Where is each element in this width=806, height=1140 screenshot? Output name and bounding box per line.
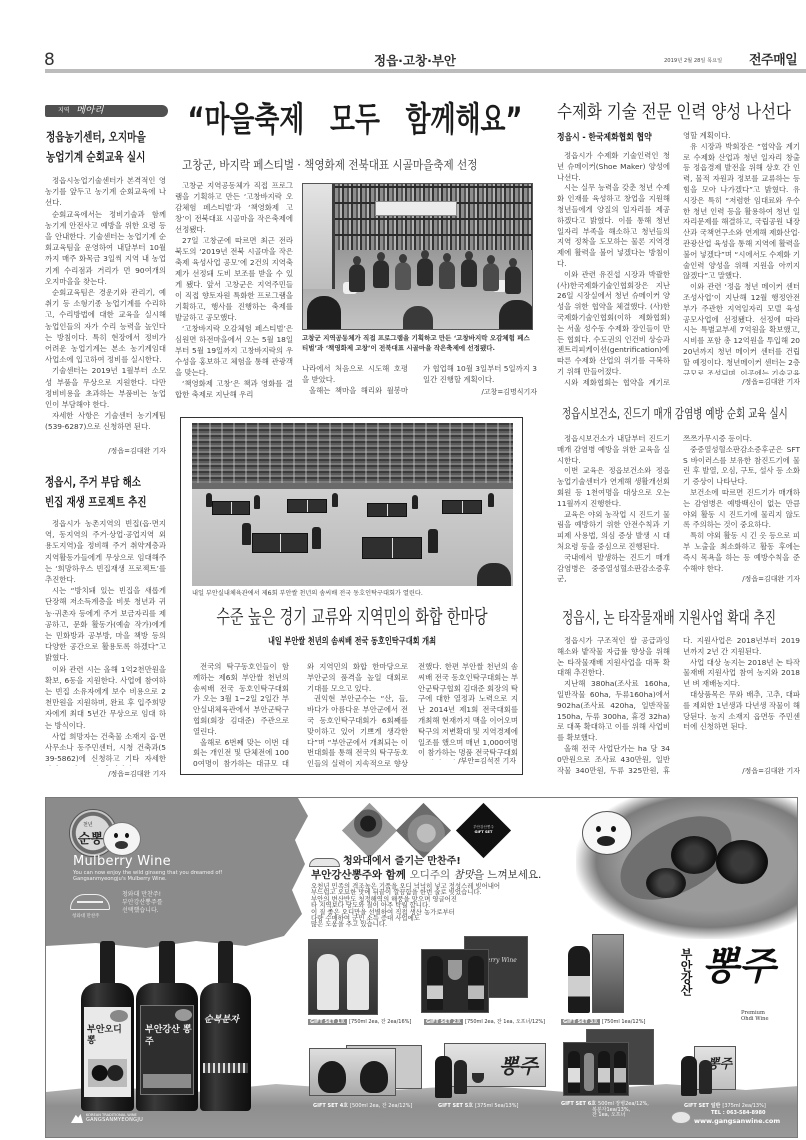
paragraph: 고창군 지역공동체가 직접 프로그램을 기획하고 만든 ‘고창바지락 오감체험 …	[175, 180, 293, 235]
gift-number: 2호	[453, 1019, 461, 1025]
player	[254, 495, 260, 509]
byline: /정읍=김대완 기자	[742, 377, 800, 387]
gift-set-general-bottle	[681, 1056, 697, 1096]
article-body-col1: 정읍시보건소가 내달부터 진드기 매개 감염병 예방을 위한 교육을 실시한다.…	[557, 434, 670, 586]
brand-sub-line: Ohdi Wine	[741, 1016, 769, 1022]
gift-number: 1호	[337, 1019, 345, 1025]
paragraph: 정읍시가 수제화 기술인력인 청년 슈메이커(Shoe Maker) 양성에 나…	[557, 151, 670, 183]
paragraph: 영할 계획이다.	[683, 131, 800, 142]
player	[428, 529, 438, 553]
paragraph: 보건소에 따르면 진드기가 매개하는 감염병은 예방백신이 없는 만큼 야외 활…	[683, 488, 800, 531]
article-body-col1: 정읍시가 수제화 기술인력인 청년 슈메이커(Shoe Maker) 양성에 나…	[557, 151, 670, 389]
label-badge	[175, 1009, 192, 1021]
mulberry-berry	[671, 836, 717, 874]
player	[242, 523, 251, 545]
paragraph: 중증열성혈소판감소증후군은 SFTS 바이러스를 보유한 참진드기에 물린 후 …	[683, 445, 800, 488]
gift-spec: [375ml 2ea/13%]	[722, 1103, 765, 1109]
photo-barrier	[192, 483, 513, 489]
festival-photo	[302, 183, 533, 330]
byline: /부안=김석진 기자	[458, 756, 516, 766]
gift-set-1-label: GIFT SET 1호[750ml 2ea, 잔 2ea/16%]	[308, 1019, 411, 1025]
mascot-eye	[596, 826, 601, 832]
emblem-text-line: 부안강산뽕주를	[122, 899, 163, 906]
player	[488, 493, 494, 507]
article-body: 정읍시가 농촌지역의 빈집(읍·면지역, 동지역의 주거·상업·공업지역 외 용…	[45, 518, 166, 766]
headline: 수제화 기술 전문 인력 양성 나선다	[557, 102, 806, 124]
corkscrew	[584, 1053, 594, 1091]
badge-line: GIFT SET	[475, 830, 493, 834]
headline2-part: 오디주의	[410, 869, 454, 881]
paragraph: 교육은 야외 농작업 시 진드기 물림을 예방하기 위한 안전수칙과 기피제 사…	[557, 510, 670, 553]
gift-tag: GIFT SET 1호	[308, 1019, 347, 1025]
foreground-person	[307, 296, 341, 330]
paragraph: 시는 “방치돼 있는 빈집을 새롭게 단장해 저소득계층을 비롯 청년과 귀농·…	[45, 585, 166, 663]
badge-line: 부안강산뽕주	[473, 825, 494, 829]
gift-tag: GIFT SET 일반	[684, 1103, 720, 1109]
paragraph: 순회교육에서는 정비기술과 함께 농기계 안전사고 예방을 위한 요령 등을 안…	[45, 209, 166, 287]
paragraph: 시와 제화협회는 협약을 계기로 청년 슈메이커 양성에 나선다. 특히 4월부…	[557, 378, 670, 389]
paragraph: 다. 지원사업은 2018년부터 2019년까지 2년 간 지원된다.	[683, 636, 800, 658]
person-silhouette	[349, 264, 365, 292]
pingpong-table	[252, 533, 308, 553]
paragraph: 전했다. 한편 부안쌀 천년의 솜씨배 전국 동호인탁구대회는 부안군탁구협회 …	[418, 662, 518, 760]
gift-bottle	[598, 1051, 610, 1093]
gift-bottle	[317, 954, 339, 1010]
paragraph: 사업 희망자는 건축물 소재지 읍·면사무소나 동주민센터, 시청 건축과(53…	[45, 731, 166, 766]
gift-spec: [750ml 2ea, 잔 1ea, 오프너/12%]	[465, 1019, 545, 1025]
gift-bottle	[347, 954, 369, 1010]
emblem-text-line: 청와대 만찬주!	[122, 891, 161, 898]
mascot-eye	[611, 826, 616, 832]
gift-set-4-label: GIFT SET 4호[500ml 2ea, 잔 2ea/12%]	[313, 1103, 412, 1109]
footer-brand-line: GANGSANMYEONGJU	[86, 1117, 143, 1123]
person-silhouette	[395, 262, 411, 290]
newspaper-page: { "header": { "page_number": "8", "secti…	[0, 0, 806, 1140]
issue-date: 2019년 2월 28일 목요일	[664, 58, 722, 65]
box-brand-text: 뽕주	[499, 1050, 538, 1079]
column-label-bar: ˚ 지역 메아리	[45, 105, 168, 117]
label-small: 지역	[58, 107, 70, 115]
photo-crowd	[192, 423, 513, 485]
ad-body-copy: 오천년 민족의 격조높은 기품을 오디 넉넉히 넣고 정성스레 빚어내어 부드럽…	[311, 883, 500, 928]
emblem-side-text: 청와대 만찬주! 부안강산뽕주를 선택했습니다.	[122, 891, 163, 915]
bottle-label: 부안강산 뽕주	[140, 1005, 194, 1095]
logo-main-text: 순뽕	[78, 828, 103, 847]
gift-tag-text: GIFT SET	[438, 1103, 463, 1109]
paragraph: 전국의 탁구동호인들이 함께하는 제6회 부안쌀 천년의 솜씨배 전국 동호인탁…	[193, 662, 289, 738]
gift-set-general-bottle	[699, 1060, 712, 1094]
company-logo-icon	[671, 1111, 691, 1124]
footer-brand-text: KOREAN TRADITIONAL WINE GANGSANMYEONGJU	[86, 1113, 143, 1122]
byline: /고창=김명식기자	[481, 387, 537, 397]
mulberry-berry	[716, 840, 768, 884]
pingpong-table	[362, 537, 422, 559]
label-marker: ˚	[49, 103, 54, 113]
label-stripe	[143, 1074, 191, 1088]
gift-tag-text: GIFT SET	[313, 1103, 338, 1109]
photo-shelf-lines	[333, 184, 533, 250]
blue-house-emblem-icon	[70, 894, 110, 910]
paragraph: 정읍시가 농촌지역의 빈집(읍·면지역, 동지역의 주거·상업·공업지역 외 용…	[45, 518, 166, 585]
mascot-nose	[115, 841, 128, 849]
pingpong-table	[212, 501, 250, 515]
article-body-col2: 나라에서 처음으로 시도해 호평을 받았다. 올해는 책마을 해리와 월봉마을회	[302, 363, 408, 397]
paragraph: 정읍시보건소가 내달부터 진드기 매개 감염병 예방을 위한 교육을 실시한다.	[557, 434, 670, 466]
bottle-label: 부안오디뽕	[84, 1007, 131, 1097]
gift-set-general-label: GIFT SET 일반[375ml 2ea/13%]	[684, 1103, 766, 1109]
paragraph: 가 협업해 10월 3일부터 5일까지 3일간 진행할 계획이다.	[423, 363, 537, 385]
gift-set-5-bottle	[435, 1056, 452, 1098]
pingpong-table	[367, 503, 407, 517]
gift-number: 일반	[711, 1103, 721, 1109]
bottle-buan-gangsan: 부안강산 뽕주	[136, 983, 198, 1111]
gift-set-2-image	[421, 949, 489, 1013]
brand-sub-text: Premium Ohdi Wine	[741, 1010, 769, 1022]
gift-set-4-image	[309, 1048, 396, 1096]
gift-spec: [750ml 2ea, 잔 2ea/16%]	[349, 1019, 411, 1025]
gift-jar	[360, 1061, 388, 1093]
mascot-eye	[125, 833, 129, 838]
label-landscape	[203, 1063, 248, 1073]
tagline-line: You can now enjoy the wild ginseng that …	[73, 870, 222, 876]
gift-bottle	[468, 956, 484, 1010]
person-silhouette	[417, 258, 433, 286]
paragraph: 올해는 책마을 해리와 월봉마을회	[302, 385, 408, 397]
gift-tag: GIFT SET 3호	[561, 1019, 600, 1025]
person-silhouette	[439, 261, 455, 289]
foreground-spectator	[477, 563, 511, 586]
person-silhouette	[505, 266, 521, 294]
bottle-label-text: 순복분자	[204, 1015, 248, 1026]
headline-line: 빈집 재생 프로젝트 추진	[45, 493, 146, 513]
pingpong-table	[442, 500, 482, 514]
headline-text: 정읍시, 논 타작물재배 지원사업 확대 추진	[562, 608, 776, 628]
article-body-col1: 고창군 지역공동체가 직접 프로그램을 기획하고 만든 ‘고창바지락 오감체험 …	[175, 180, 293, 402]
gift-spec: [750ml 1ea/12%]	[602, 1019, 645, 1025]
gift-number: 5호	[465, 1103, 473, 1109]
bottle-label-text: 부안강산 뽕주	[145, 1024, 193, 1048]
photo-window	[303, 184, 335, 289]
bottle-bokbunja: 순복분자	[200, 983, 251, 1111]
gift-set-3-label: GIFT SET 3호[750ml 1ea/12%]	[561, 1019, 645, 1025]
left-column: ˚ 지역 메아리 정읍농기센터, 오지마을 농업기계 순회교육 실시 정읍시농업…	[45, 100, 168, 782]
right-column: 수제화 기술 전문 인력 양성 나선다 정읍시 - 한국제화협회 협약 정읍시가…	[555, 95, 806, 780]
paragraph: 나라에서 처음으로 시도해 호평을 받았다.	[302, 363, 408, 385]
headline2-part: 부안강산뽕주와 함께	[311, 869, 410, 881]
mascot-icon	[103, 822, 141, 856]
bottle-neck	[100, 941, 115, 987]
mascot-icon	[582, 811, 632, 855]
pingpong-photo	[192, 423, 513, 586]
gift-set-3-bag	[592, 934, 624, 1013]
byline: /정읍=김대완 기자	[742, 574, 800, 584]
gift-spec: [375ml 5ea/13%]	[475, 1103, 518, 1109]
subheadline: 정읍시 - 한국제화협회 협약	[557, 133, 666, 143]
article-pingpong: 내일 부안실내체육관에서 제6회 부안쌀 천년의 솜씨배 전국 동호인탁구대회가…	[180, 417, 523, 775]
person-silhouette	[461, 259, 477, 287]
bottle-buan-odi: 부안오디뽕	[81, 983, 134, 1111]
ad-tagline: You can now enjoy the wild ginseng that …	[73, 870, 222, 882]
gift-tag-text: GIFT SET	[426, 1019, 451, 1025]
mulberry-berry	[646, 868, 686, 898]
gift-bottle	[568, 1051, 580, 1093]
article-body-col1: 전국의 탁구동호인들이 함께하는 제6회 부안쌀 천년의 솜씨배 전국 동호인탁…	[193, 662, 289, 770]
gift-tag: GIFT SET 4호	[313, 1103, 348, 1109]
player	[206, 493, 212, 507]
paragraph: 정읍시농업기술센터가 본격적인 영농기를 앞두고 농기계 순회교육에 나선다.	[45, 175, 166, 209]
byline: /정읍=김대완 기자	[108, 769, 166, 779]
gift-set-5-bottle	[454, 1060, 467, 1094]
header-rule	[45, 69, 806, 73]
foreground-person	[403, 306, 433, 330]
photo-banner	[375, 201, 457, 216]
ad-title: Mulberry Wine	[73, 855, 171, 869]
paragraph: 자세한 사항은 기술센터 농기계팀(539-6287)으로 신청하면 된다.	[45, 410, 166, 432]
subheadline: 고창군, 바지락 페스티벌 · 책영화제 전북대표 시골마을축제 선정	[182, 158, 518, 173]
headline2-part: 을 느껴보세요.	[474, 869, 542, 881]
headline: 수준 높은 경기 교류와 지역민의 화합 한마당	[216, 604, 487, 630]
paragraph: 이와 관련 시는 올해 1억2천만원을 확보, 6동을 지원한다. 사업에 참여…	[45, 664, 166, 731]
subheadline: 내일 부안쌀 천년의 솜씨배 전국 동호인탁구대회 개최	[267, 636, 435, 648]
page-header: 8 정읍·고창·부안 2019년 2월 28일 목요일 전주매일	[0, 48, 806, 74]
bottle-neck	[159, 941, 175, 987]
paragraph: 와 지역민의 화합 한마당으로 부안군의 품격을 높일 대회로 기대를 모으고 …	[307, 662, 408, 694]
player	[332, 493, 338, 507]
brand-vertical-text: 부안강산	[679, 948, 693, 996]
body-line: 많은 도움을 주고 있습니다.	[311, 920, 387, 928]
gift-number: 4호	[340, 1103, 348, 1109]
paragraph: 쯔쯔가무시증 등이다.	[683, 434, 800, 445]
subheadline-text: 정읍시 - 한국제화협회 협약	[557, 133, 652, 143]
article-body: 정읍시농업기술센터가 본격적인 영농기를 앞두고 농기계 순회교육에 나선다. …	[45, 175, 166, 445]
byline: /정읍=김대완 기자	[742, 766, 800, 776]
gift-number: 3호	[590, 1019, 598, 1025]
article-body-col2: 다. 지원사업은 2018년부터 2019년까지 2년 간 지원된다. 사업 대…	[683, 636, 800, 762]
paragraph: 올해 전국 사업단가는 ha 당 340만원으로 조사료 430만원, 일반작물…	[557, 744, 670, 776]
gift-set-5-label: GIFT SET 5호[375ml 5ea/13%]	[438, 1103, 518, 1109]
gift-set-2-label: GIFT SET 2호[750ml 2ea, 잔 1ea, 오프너/12%]	[424, 1019, 545, 1025]
player	[312, 527, 321, 549]
ad-headline-1: 청와대에서 즐기는 만찬주!	[343, 856, 461, 868]
contact-url: www.gangsanwine.com	[694, 1117, 780, 1125]
pingpong-table	[287, 499, 327, 513]
headline-line: 정읍시, 주거 부담 해소	[45, 473, 141, 493]
feature-article-gochang: “마을축제 모두 함께해요” 고창군, 바지락 페스티벌 · 책영화제 전북대표…	[172, 95, 537, 400]
gift-bottle	[427, 956, 443, 1010]
subheadline-text: 고창군, 바지락 페스티벌 · 책영화제 전북대표 시골마을축제 선정	[182, 158, 477, 173]
headline: 정읍농기센터, 오지마을 농업기계 순회교육 실시	[46, 128, 171, 167]
paragraph: 27일 고창군에 따르면 최근 전라북도의 ‘2019년 전북 시골마을 작은축…	[175, 235, 293, 323]
section-title: 정읍·고창·부안	[360, 54, 470, 68]
mascot-eye	[114, 833, 118, 838]
article-body-col2: 영할 계획이다. 유 시장과 박회장은 “협약을 계기로 수제화 산업과 청년 …	[683, 131, 800, 375]
logo-small-text: 천년	[83, 821, 93, 828]
gift-set-6-label: GIFT SET 6호500ml 장병2ea/12%, 복분자1ea/13%, …	[561, 1102, 649, 1119]
label-berries	[88, 1059, 127, 1087]
gift-tag: GIFT SET 2호	[424, 1019, 463, 1025]
paragraph: ‘고창바지락 오감체험 페스티벌’은 심원면 하전마을에서 오는 5월 18일부…	[175, 323, 293, 378]
gift-set-1-image	[308, 939, 378, 1015]
paragraph: 올해로 6번째 맞는 이번 대회는 개인전 및 단체전에 1000여명이 참가하…	[193, 738, 289, 770]
paragraph: 이번 교육은 정읍보건소와 정읍농업기술센터가 연계해 생활개선회 회원 등 1…	[557, 466, 670, 509]
emblem-label: 청와대 만찬주	[72, 913, 100, 919]
headline-line: 농업기계 순회교육 실시	[46, 148, 145, 168]
foreground-person	[499, 300, 533, 330]
label-badge	[110, 1010, 128, 1022]
bottle-label-text: 부안오디뽕	[87, 1025, 129, 1047]
emblem-text-line: 선택했습니다.	[122, 907, 159, 914]
gift-spec-line: 잔 1ea, 오프너	[561, 1112, 625, 1118]
paragraph: 국내에서 발생하는 진드기 매개 감염병은 중증열성혈소판감소증후군,	[557, 553, 670, 585]
headline2-part: 참맛	[454, 869, 474, 881]
gift-set-badge-text: 부안강산뽕주 GIFT SET	[463, 825, 504, 835]
article-body-col3: 전했다. 한편 부안쌀 천년의 솜씨배 전국 동호인탁구대회는 부안군탁구협회 …	[418, 662, 518, 760]
tagline-line: Gangsanmyeongju's Mulberry Wine.	[73, 876, 167, 882]
player	[412, 495, 418, 509]
label-title: 메아리	[76, 105, 104, 117]
headline: 정읍시, 주거 부담 해소 빈집 재생 프로젝트 추진	[45, 473, 173, 512]
paragraph: 순회교육팀은 경운기와 관리기, 예취기 등 소형기종 농업기계를 수리하고, …	[45, 287, 166, 365]
gift-spec: [500ml 2ea, 잔 2ea/12%]	[350, 1103, 412, 1109]
person-silhouette	[483, 263, 499, 291]
mulberry-diamond-photo	[342, 803, 397, 858]
paragraph: 특히 야외 활동 시 긴 옷 등으로 피부 노출을 최소화하고 활동 후에는 즉…	[683, 531, 800, 572]
headline-line: 정읍농기센터, 오지마을	[46, 128, 146, 148]
article-body-col2: 쯔쯔가무시증 등이다. 중증열성혈소판감소증후군은 SFTS 바이러스를 보유한…	[683, 434, 800, 572]
gift-set-6-image	[563, 1042, 629, 1096]
gift-tag-text: GIFT SET	[563, 1019, 588, 1025]
headline-text: 수제화 기술 전문 인력 양성 나선다	[557, 102, 791, 124]
paragraph: 사업 대상 농지는 2018년 논 타작물재배 지원사업 참여 농지와 2018…	[683, 658, 800, 690]
article-body-col3: 가 협업해 10월 3일부터 5일까지 3일간 진행할 계획이다.	[423, 363, 537, 387]
paragraph: 시는 실무 능력을 갖춘 청년 수제화 인재를 육성하고 창업을 지원해 청년들…	[557, 183, 670, 269]
article-body-col1: 정읍시가 구조적인 쌀 공급과잉 해소와 밭작물 자급률 향상을 위해 논 타작…	[557, 636, 670, 776]
brand-main-text: 뽕주	[702, 944, 775, 988]
photo-caption: 고창군 지역공동체가 직접 프로그램을 기획하고 만든 ‘고창바지락 오감체험 …	[302, 334, 535, 354]
paragraph: ‘책영화제 고창’은 책과 영화를 결합한 축제로 지난해 우리	[175, 378, 293, 400]
gift-tag-text: GIFT SET	[310, 1019, 335, 1025]
bottle-neck	[218, 941, 233, 987]
gift-bottle	[614, 1051, 626, 1093]
paragraph: 유 시장과 박회장은 “협약을 계기로 수제화 산업과 청년 일자리 창출 등 …	[683, 142, 800, 282]
blue-house-emblem-small-icon	[309, 858, 340, 867]
leaf-diamond-photo	[396, 803, 451, 858]
paragraph: 기술센터는 2019년 1월부터 소모성 부품을 무상으로 지원한다. 다만 정…	[45, 365, 166, 410]
article-body-col2: 와 지역민의 화합 한마당으로 부안군의 품격을 높일 대회로 기대를 모으고 …	[307, 662, 408, 770]
byline: /정읍=김대완 기자	[108, 446, 166, 456]
em-roof	[77, 901, 103, 903]
contact-tel: TEL : 063-584-8980	[711, 1110, 765, 1116]
wine-glass	[448, 960, 462, 980]
mulberry-wine-advertisement: 천년 순뽕 Mulberry Wine You can now enjoy th…	[45, 797, 798, 1138]
person-silhouette	[373, 260, 389, 288]
gift-jar	[318, 1061, 346, 1093]
newspaper-name: 전주매일	[749, 53, 797, 68]
paragraph: 권익현 부안군수는 “산, 들, 바다가 아름다운 부안군에서 전국 동호인탁구…	[307, 694, 408, 770]
main-headline: “마을축제 모두 함께해요”	[187, 100, 522, 140]
mascot-nose	[597, 836, 615, 846]
gift-tag-text: GIFT SET	[684, 1103, 709, 1109]
paragraph: 정읍시가 구조적인 쌀 공급과잉 해소와 밭작물 자급률 향상을 위해 논 타작…	[557, 636, 670, 679]
ad-headline-2: 부안강산뽕주와 함께 오디주의 참맛을 느껴보세요.	[311, 869, 541, 881]
paragraph: 이와 관련 유진섭 시장과 박괄한 (사)한국제화기술인협회장은 지난 26일 …	[557, 270, 670, 378]
headline: 정읍시보건소, 진드기 매개 감염병 예방 순회 교육 실시	[562, 406, 806, 424]
photo-caption: 내일 부안실내체육관에서 제6회 부안쌀 천년의 솜씨배 전국 동호인탁구대회가…	[192, 589, 513, 599]
paragraph: 이와 관련 ‘정읍 청년 메이커 센터 조성사업’이 지난해 12월 행정안전부…	[683, 282, 800, 375]
headline: 정읍시, 논 타작물재배 지원사업 확대 추진	[562, 608, 806, 628]
gift-set-3-bottle	[568, 946, 590, 1013]
paragraph: 대상품목은 무와 배추, 고추, 대파를 제외한 1년생과 다년생 작물이 해당…	[683, 690, 800, 733]
headline-text: 정읍시보건소, 진드기 매개 감염병 예방 순회 교육 실시	[562, 406, 788, 424]
gift-tag: GIFT SET 5호	[438, 1103, 473, 1109]
page-number: 8	[44, 51, 55, 69]
paragraph: 지난해 380ha(조사료 160ha, 일반작물 60ha, 두류160ha)…	[557, 679, 670, 744]
